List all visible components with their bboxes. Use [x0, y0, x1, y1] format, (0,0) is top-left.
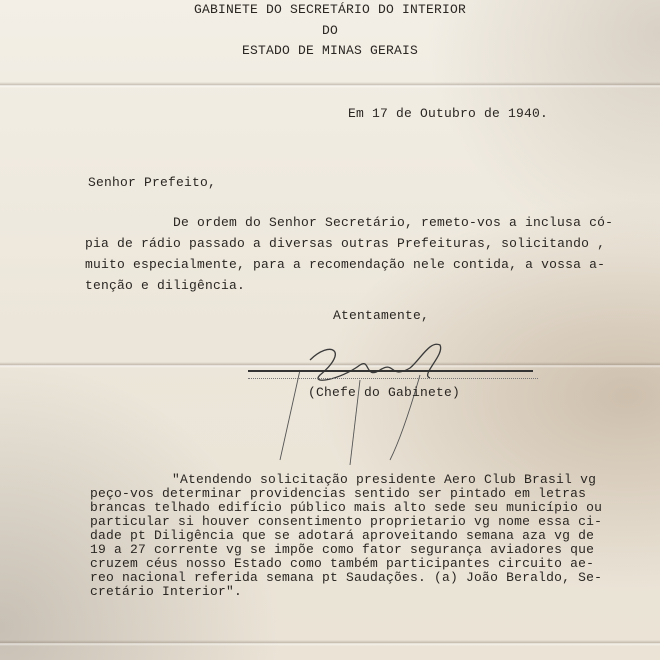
- signature-dotted-line: [248, 378, 538, 379]
- letterhead-line-3: ESTADO DE MINAS GERAIS: [0, 43, 660, 58]
- signature-line: [248, 370, 533, 372]
- radio-text-line: peço-vos determinar providencias sentido…: [90, 486, 586, 501]
- radio-text-line: 19 a 27 corrente vg se impõe como fator …: [90, 542, 594, 557]
- radio-text-line: dade pt Diligência que se adotará aprove…: [90, 528, 594, 543]
- salutation: Senhor Prefeito,: [88, 175, 216, 190]
- radio-text-line: "Atendendo solicitação presidente Aero C…: [172, 472, 596, 487]
- body-line: tenção e diligência.: [85, 278, 245, 293]
- radio-text-line: reo nacional referida semana pt Saudaçõe…: [90, 570, 602, 585]
- body-line: pia de rádio passado a diversas outras P…: [85, 236, 605, 251]
- body-line: muito especialmente, para a recomendação…: [85, 257, 605, 272]
- radio-text-line: particular si houver consentimento propr…: [90, 514, 602, 529]
- paper-fold: [0, 640, 660, 646]
- letter-date: Em 17 de Outubro de 1940.: [348, 106, 548, 121]
- radio-text-line: brancas telhado edifício público mais al…: [90, 500, 602, 515]
- radio-text-line: cretário Interior".: [90, 584, 242, 599]
- letterhead-line-1: GABINETE DO SECRETÁRIO DO INTERIOR: [0, 2, 660, 17]
- paper-fold: [0, 82, 660, 88]
- signatory-title: (Chefe do Gabinete): [308, 385, 460, 400]
- letterhead-line-2: DO: [0, 23, 660, 38]
- radio-text-line: cruzem céus nosso Estado como também par…: [90, 556, 594, 571]
- body-line: De ordem do Senhor Secretário, remeto-vo…: [173, 215, 613, 230]
